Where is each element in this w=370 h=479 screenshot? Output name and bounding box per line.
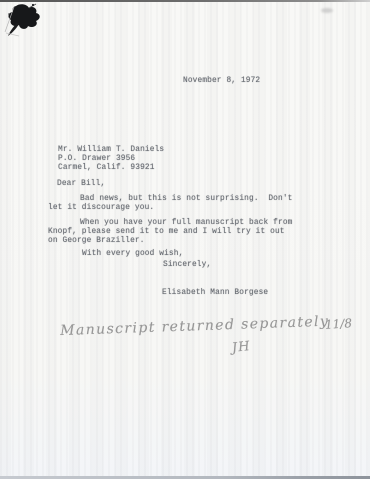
handwritten-initials: JH: [231, 339, 251, 356]
recipient-address-line2: Carmel, Calif. 93921: [58, 164, 155, 173]
recipient-address-line1: P.O. Drawer 3956: [58, 155, 135, 164]
body-line: Knopf, please send it to me and I will t…: [48, 228, 285, 237]
body-line: When you have your full manuscript back …: [80, 219, 292, 228]
ink-blot-icon: [2, 2, 56, 48]
signature-name: Elisabeth Mann Borgese: [162, 289, 268, 298]
handwritten-note: Manuscript returned separately: [60, 314, 329, 339]
handwritten-date: 11/8: [325, 316, 353, 332]
signoff: Sincerely,: [163, 261, 211, 270]
body-line: let it discourage you.: [48, 204, 154, 213]
scanned-letter-page: November 8, 1972 Mr. William T. Daniels …: [0, 0, 370, 479]
date-line: November 8, 1972: [183, 77, 260, 86]
body-line: on George Braziller.: [48, 237, 145, 246]
salutation: Dear Bill,: [57, 180, 105, 189]
scan-smudge: [321, 8, 333, 13]
closing-line: With every good wish,: [82, 250, 183, 259]
recipient-name: Mr. William T. Daniels: [58, 146, 164, 155]
body-line: Bad news, but this is not surprising. Do…: [80, 195, 292, 204]
